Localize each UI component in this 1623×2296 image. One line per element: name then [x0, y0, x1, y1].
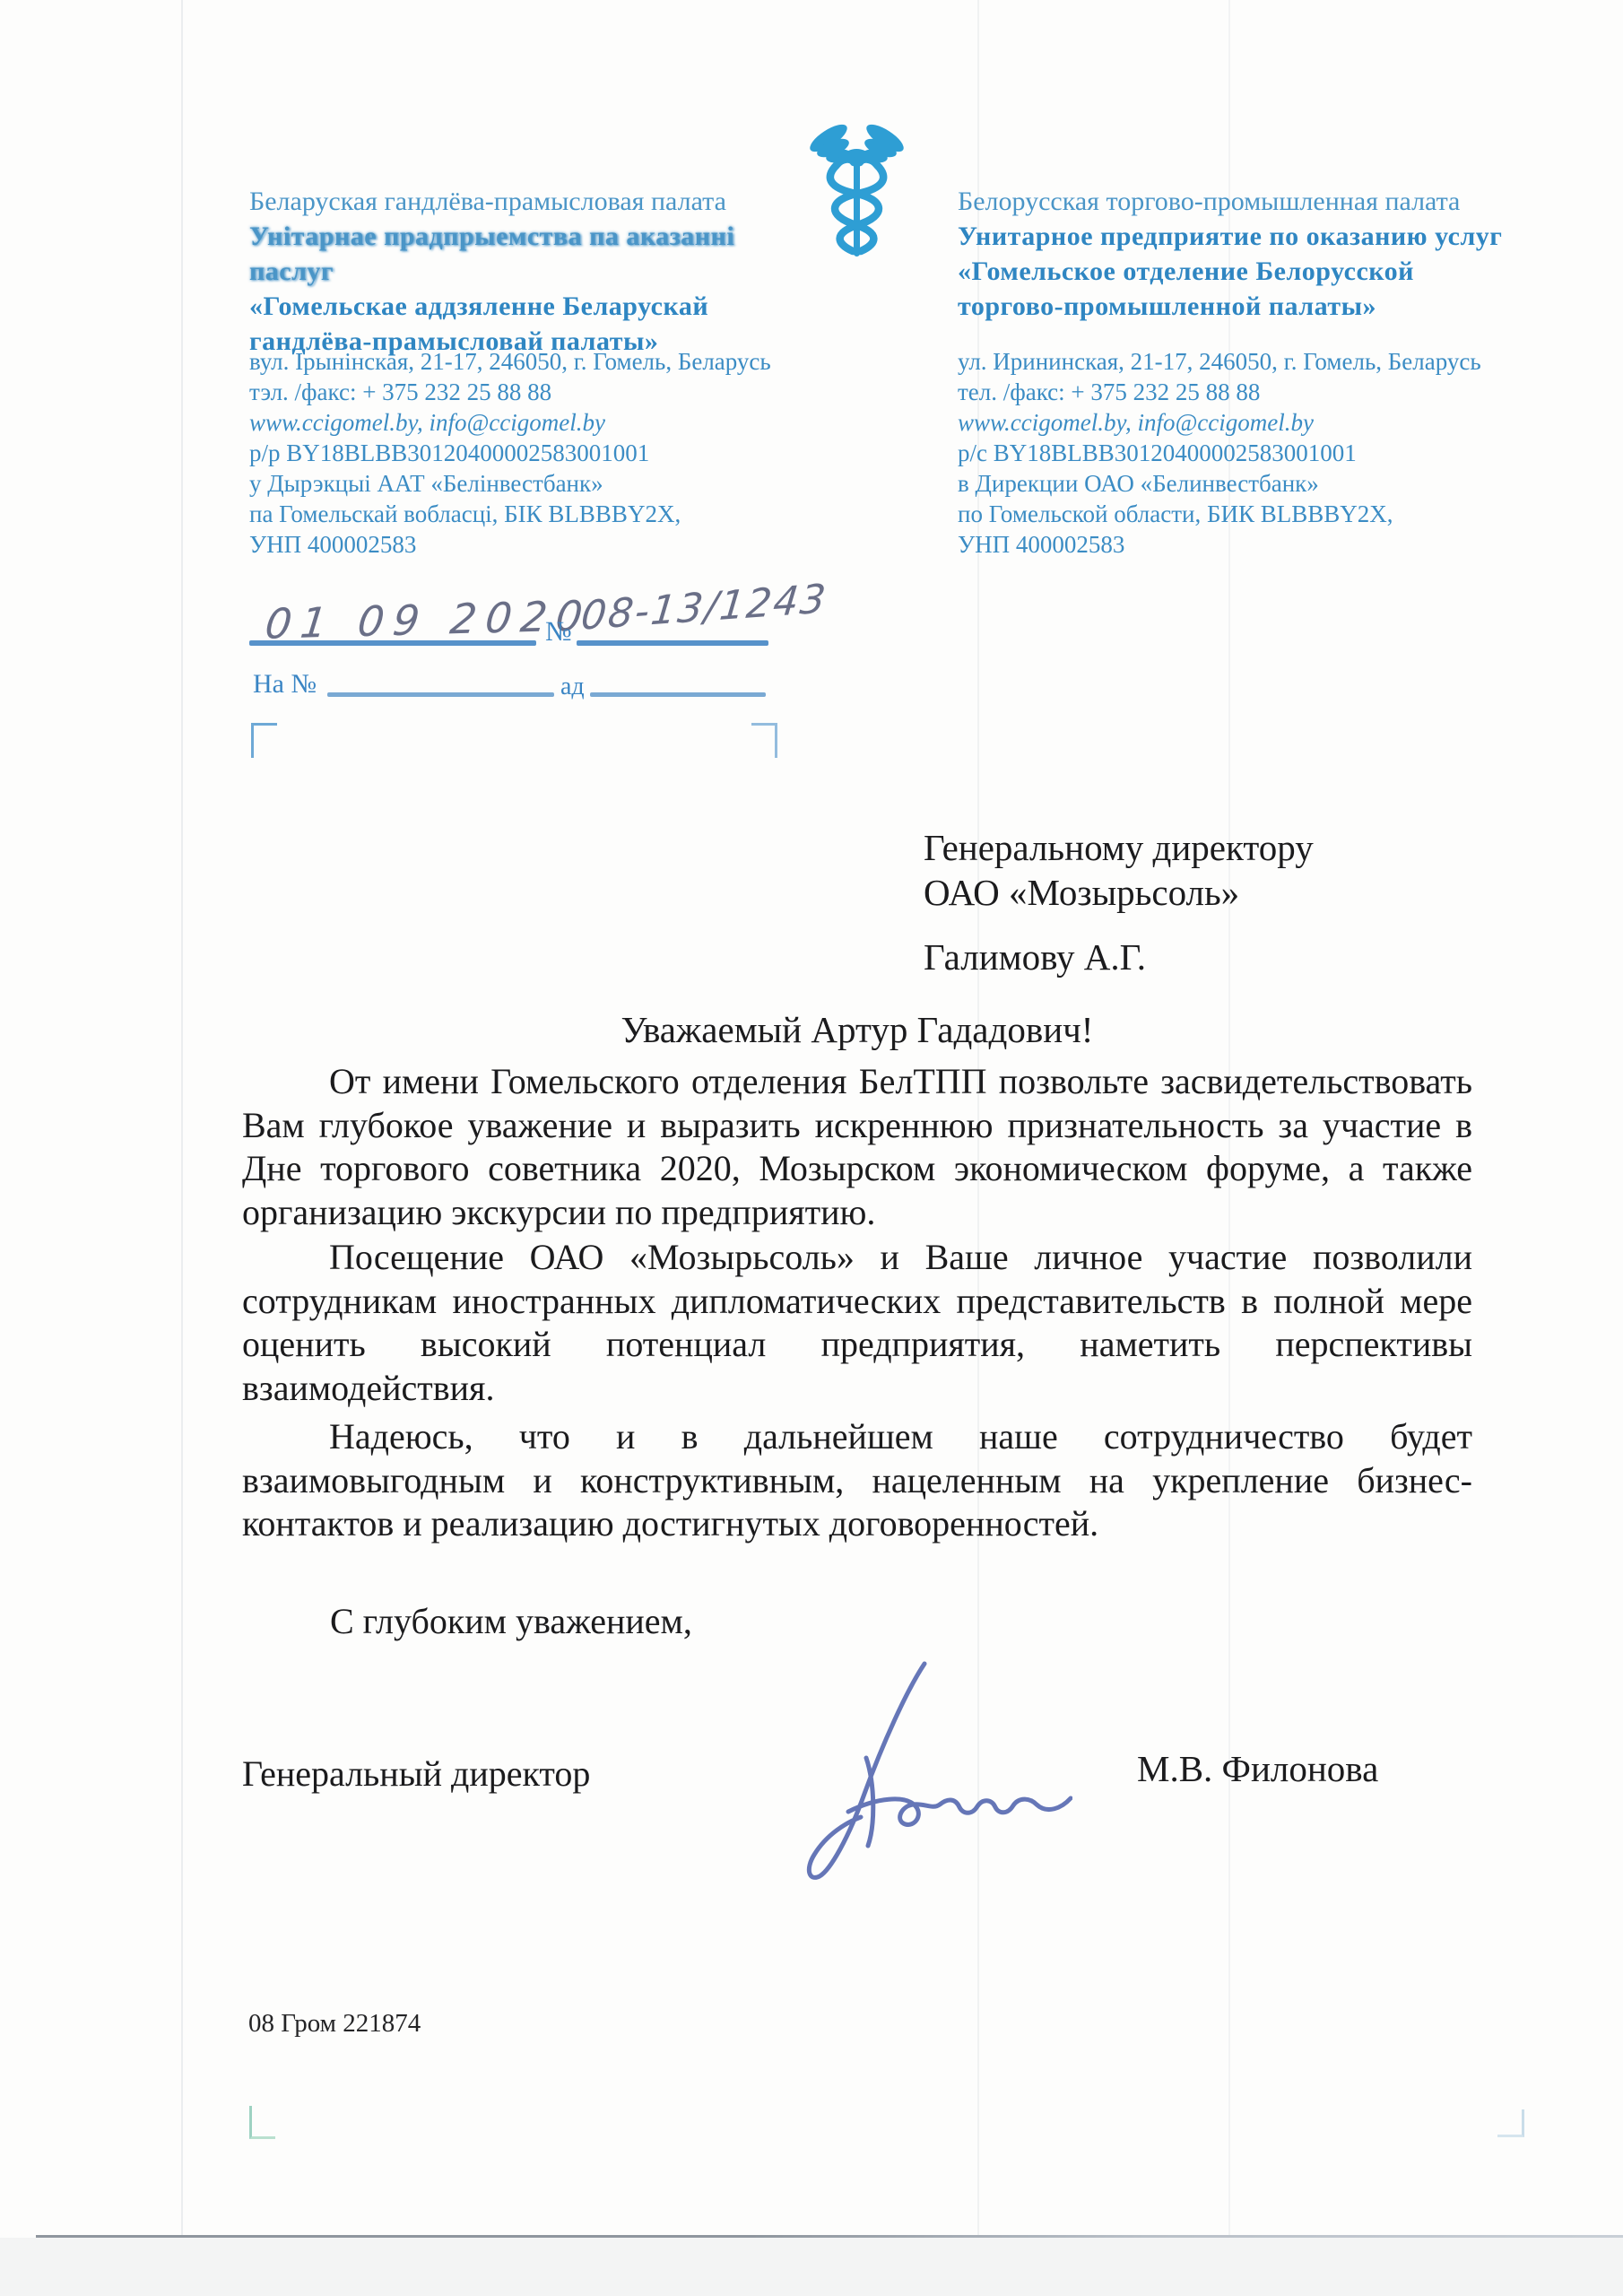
signature-ink — [741, 1650, 1072, 1897]
address-line: ул. Ирининская, 21-17, 246050, г. Гомель… — [958, 346, 1532, 377]
address-line-unp: УНП 400002583 — [958, 529, 1532, 560]
scan-page-edge-line — [36, 2235, 1623, 2238]
reply-from-label: ад — [560, 673, 585, 701]
org-line: «Гомельское отделение Белорусской — [958, 254, 1532, 289]
recipient-company: ОАО «Мозырьсоль» — [924, 870, 1462, 915]
address-line: вул. Ірынінская, 21-17, 246050, г. Гомел… — [249, 346, 823, 377]
address-line: тэл. /факс: + 375 232 25 88 88 — [249, 377, 823, 407]
org-line: «Гомельскае аддзяленне Беларускай — [249, 289, 823, 324]
salutation: Уважаемый Артур Гададович! — [242, 1008, 1472, 1051]
org-line: торгово-промышленной палаты» — [958, 289, 1532, 324]
reply-date-blank-line — [590, 692, 766, 697]
recipient-position: Генеральному директору — [924, 825, 1462, 870]
letterhead-left-org: Беларуская гандлёва-прамысловая палата У… — [249, 184, 823, 359]
address-line-unp: УНП 400002583 — [249, 529, 823, 560]
org-line: Унітарнае прадпрыемства па аказанні пасл… — [249, 219, 823, 289]
corner-mark-top-right — [751, 723, 777, 758]
address-line-bank: па Гомельскай вобласці, БІК BLBBBY2X, — [249, 499, 823, 529]
address-line-account: р/р BY18BLBB30120400002583001001 — [249, 438, 823, 468]
number-underline — [577, 640, 768, 646]
reply-number-blank-line — [327, 692, 554, 697]
reply-to-label: На № — [253, 669, 317, 700]
address-line-website-email: www.ccigomel.by, info@ccigomel.by — [958, 407, 1532, 438]
scanned-letter-page: Беларуская гандлёва-прамысловая палата У… — [0, 0, 1623, 2296]
signer-name: М.В. Филонова — [1137, 1747, 1378, 1790]
corner-mark-bottom-left — [249, 2106, 275, 2139]
address-line-bank: в Дирекции ОАО «Белинвестбанк» — [958, 468, 1532, 499]
scan-artifact-vertical-line — [181, 0, 183, 2296]
valediction: С глубоким уважением, — [330, 1600, 692, 1642]
corner-mark-top-left — [251, 723, 277, 758]
address-line-website-email: www.ccigomel.by, info@ccigomel.by — [249, 407, 823, 438]
signer-title: Генеральный директор — [242, 1752, 590, 1795]
date-underline — [249, 640, 536, 646]
address-line-bank: у Дырэкцыі ААТ «Белінвестбанк» — [249, 468, 823, 499]
letterhead-right-org: Белорусская торгово-промышленная палата … — [958, 184, 1532, 324]
handwritten-outgoing-number: 08-13/1243 — [579, 576, 829, 639]
org-line: Белорусская торгово-промышленная палата — [958, 184, 1532, 219]
body-paragraph: Посещение ОАО «Мозырьсоль» и Ваше личное… — [242, 1236, 1472, 1410]
address-line-bank: по Гомельской области, БИК BLBBBY2X, — [958, 499, 1532, 529]
recipient-name: Галимову А.Г. — [924, 935, 1462, 979]
letterhead-right-address: ул. Ирининская, 21-17, 246050, г. Гомель… — [958, 346, 1532, 560]
letterhead-left-address: вул. Ірынінская, 21-17, 246050, г. Гомел… — [249, 346, 823, 560]
address-line-account: р/с BY18BLBB30120400002583001001 — [958, 438, 1532, 468]
letter-body: От имени Гомельского отделения БелТПП по… — [242, 1060, 1472, 1546]
org-line: Беларуская гандлёва-прамысловая палата — [249, 184, 823, 219]
org-line: Унитарное предприятие по оказанию услуг — [958, 219, 1532, 254]
corner-mark-bottom-right — [1497, 2109, 1524, 2137]
body-paragraph: Надеюсь, что и в дальнейшем наше сотрудн… — [242, 1415, 1472, 1546]
number-sign-label: № — [545, 615, 572, 648]
address-line: тел. /факс: + 375 232 25 88 88 — [958, 377, 1532, 407]
scan-bottom-strip — [0, 2238, 1623, 2296]
document-code: 08 Гром 221874 — [248, 2009, 421, 2039]
body-paragraph: От имени Гомельского отделения БелТПП по… — [242, 1060, 1472, 1234]
recipient-block: Генеральному директору ОАО «Мозырьсоль» … — [924, 825, 1462, 979]
